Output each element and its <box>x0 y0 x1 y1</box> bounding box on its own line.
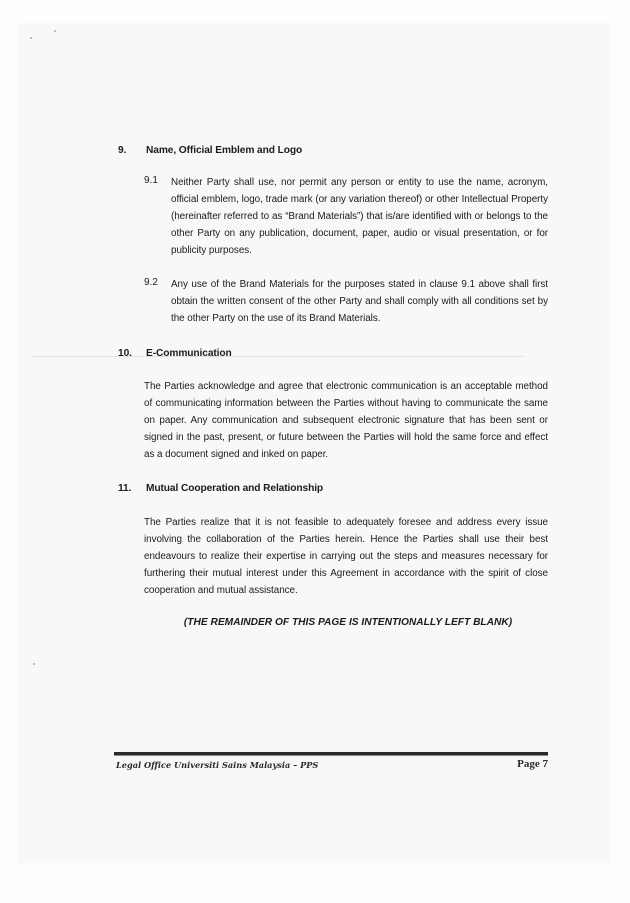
section-10-body: The Parties acknowledge and agree that e… <box>144 379 548 464</box>
section-title: E-Communication <box>146 348 232 359</box>
clause-text: Neither Party shall use, nor permit any … <box>171 175 548 260</box>
footer-office-label: Legal Office Universiti Sains Malaysia –… <box>116 760 318 770</box>
section-10-heading: 10.E-Communication <box>118 348 232 359</box>
section-number: 11. <box>118 483 146 494</box>
section-9-heading: 9.Name, Official Emblem and Logo <box>118 145 302 156</box>
section-title: Name, Official Emblem and Logo <box>146 145 302 156</box>
clause-text: Any use of the Brand Materials for the p… <box>171 277 548 328</box>
intentionally-blank-note: (THE REMAINDER OF THIS PAGE IS INTENTION… <box>0 617 630 628</box>
section-11-heading: 11.Mutual Cooperation and Relationship <box>118 483 323 494</box>
section-number: 10. <box>118 348 146 359</box>
clause-9-1: 9.1 Neither Party shall use, nor permit … <box>144 175 548 260</box>
scan-artifact-line <box>32 356 524 357</box>
section-number: 9. <box>118 145 146 156</box>
clause-9-2: 9.2 Any use of the Brand Materials for t… <box>144 277 548 328</box>
scan-speck <box>54 30 56 32</box>
footer-rule <box>114 752 548 756</box>
section-title: Mutual Cooperation and Relationship <box>146 483 323 494</box>
clause-number: 9.1 <box>144 175 158 186</box>
clause-number: 9.2 <box>144 277 158 288</box>
scan-speck <box>30 37 32 39</box>
page-number: Page 7 <box>517 758 548 770</box>
section-11-body: The Parties realize that it is not feasi… <box>144 515 548 600</box>
scan-speck <box>33 663 35 665</box>
